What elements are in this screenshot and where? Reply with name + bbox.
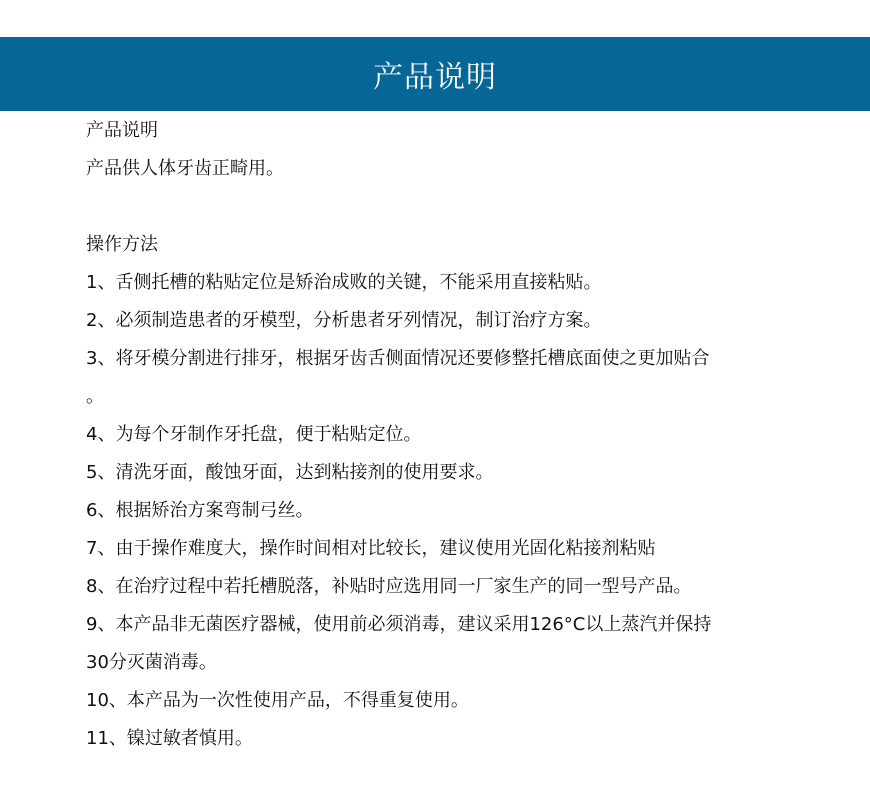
instruction-line: 10、本产品为一次性使用产品，不得重复使用。 (86, 687, 846, 725)
section-heading-product: 产品说明 (86, 117, 846, 155)
banner-title: 产品说明 (373, 52, 497, 96)
section-heading-operation: 操作方法 (86, 231, 846, 269)
instruction-line: 5、清洗牙面，酸蚀牙面，达到粘接剂的使用要求。 (86, 459, 846, 497)
instruction-line: 7、由于操作难度大，操作时间相对比较长，建议使用光固化粘接剂粘贴 (86, 535, 846, 573)
instruction-line: 9、本产品非无菌医疗器械，使用前必须消毒，建议采用126°C以上蒸汽并保持 (86, 611, 846, 649)
instruction-line: 11、镍过敏者慎用。 (86, 725, 846, 763)
instruction-line: 3、将牙模分割进行排牙，根据牙齿舌侧面情况还要修整托槽底面使之更加贴合 (86, 345, 846, 383)
spacer (86, 193, 846, 231)
instruction-line: 1、舌侧托槽的粘贴定位是矫治成败的关键，不能采用直接粘贴。 (86, 269, 846, 307)
instruction-line: 4、为每个牙制作牙托盘，便于粘贴定位。 (86, 421, 846, 459)
header-banner: 产品说明 (0, 37, 870, 111)
instruction-line: 2、必须制造患者的牙模型，分析患者牙列情况，制订治疗方案。 (86, 307, 846, 345)
product-description: 产品供人体牙齿正畸用。 (86, 155, 846, 193)
instruction-line: 30分灭菌消毒。 (86, 649, 846, 687)
instruction-line: 。 (86, 383, 846, 421)
instruction-line: 6、根据矫治方案弯制弓丝。 (86, 497, 846, 535)
document-body: 产品说明 产品供人体牙齿正畸用。 操作方法 1、舌侧托槽的粘贴定位是矫治成败的关… (86, 117, 846, 763)
instruction-line: 8、在治疗过程中若托槽脱落，补贴时应选用同一厂家生产的同一型号产品。 (86, 573, 846, 611)
